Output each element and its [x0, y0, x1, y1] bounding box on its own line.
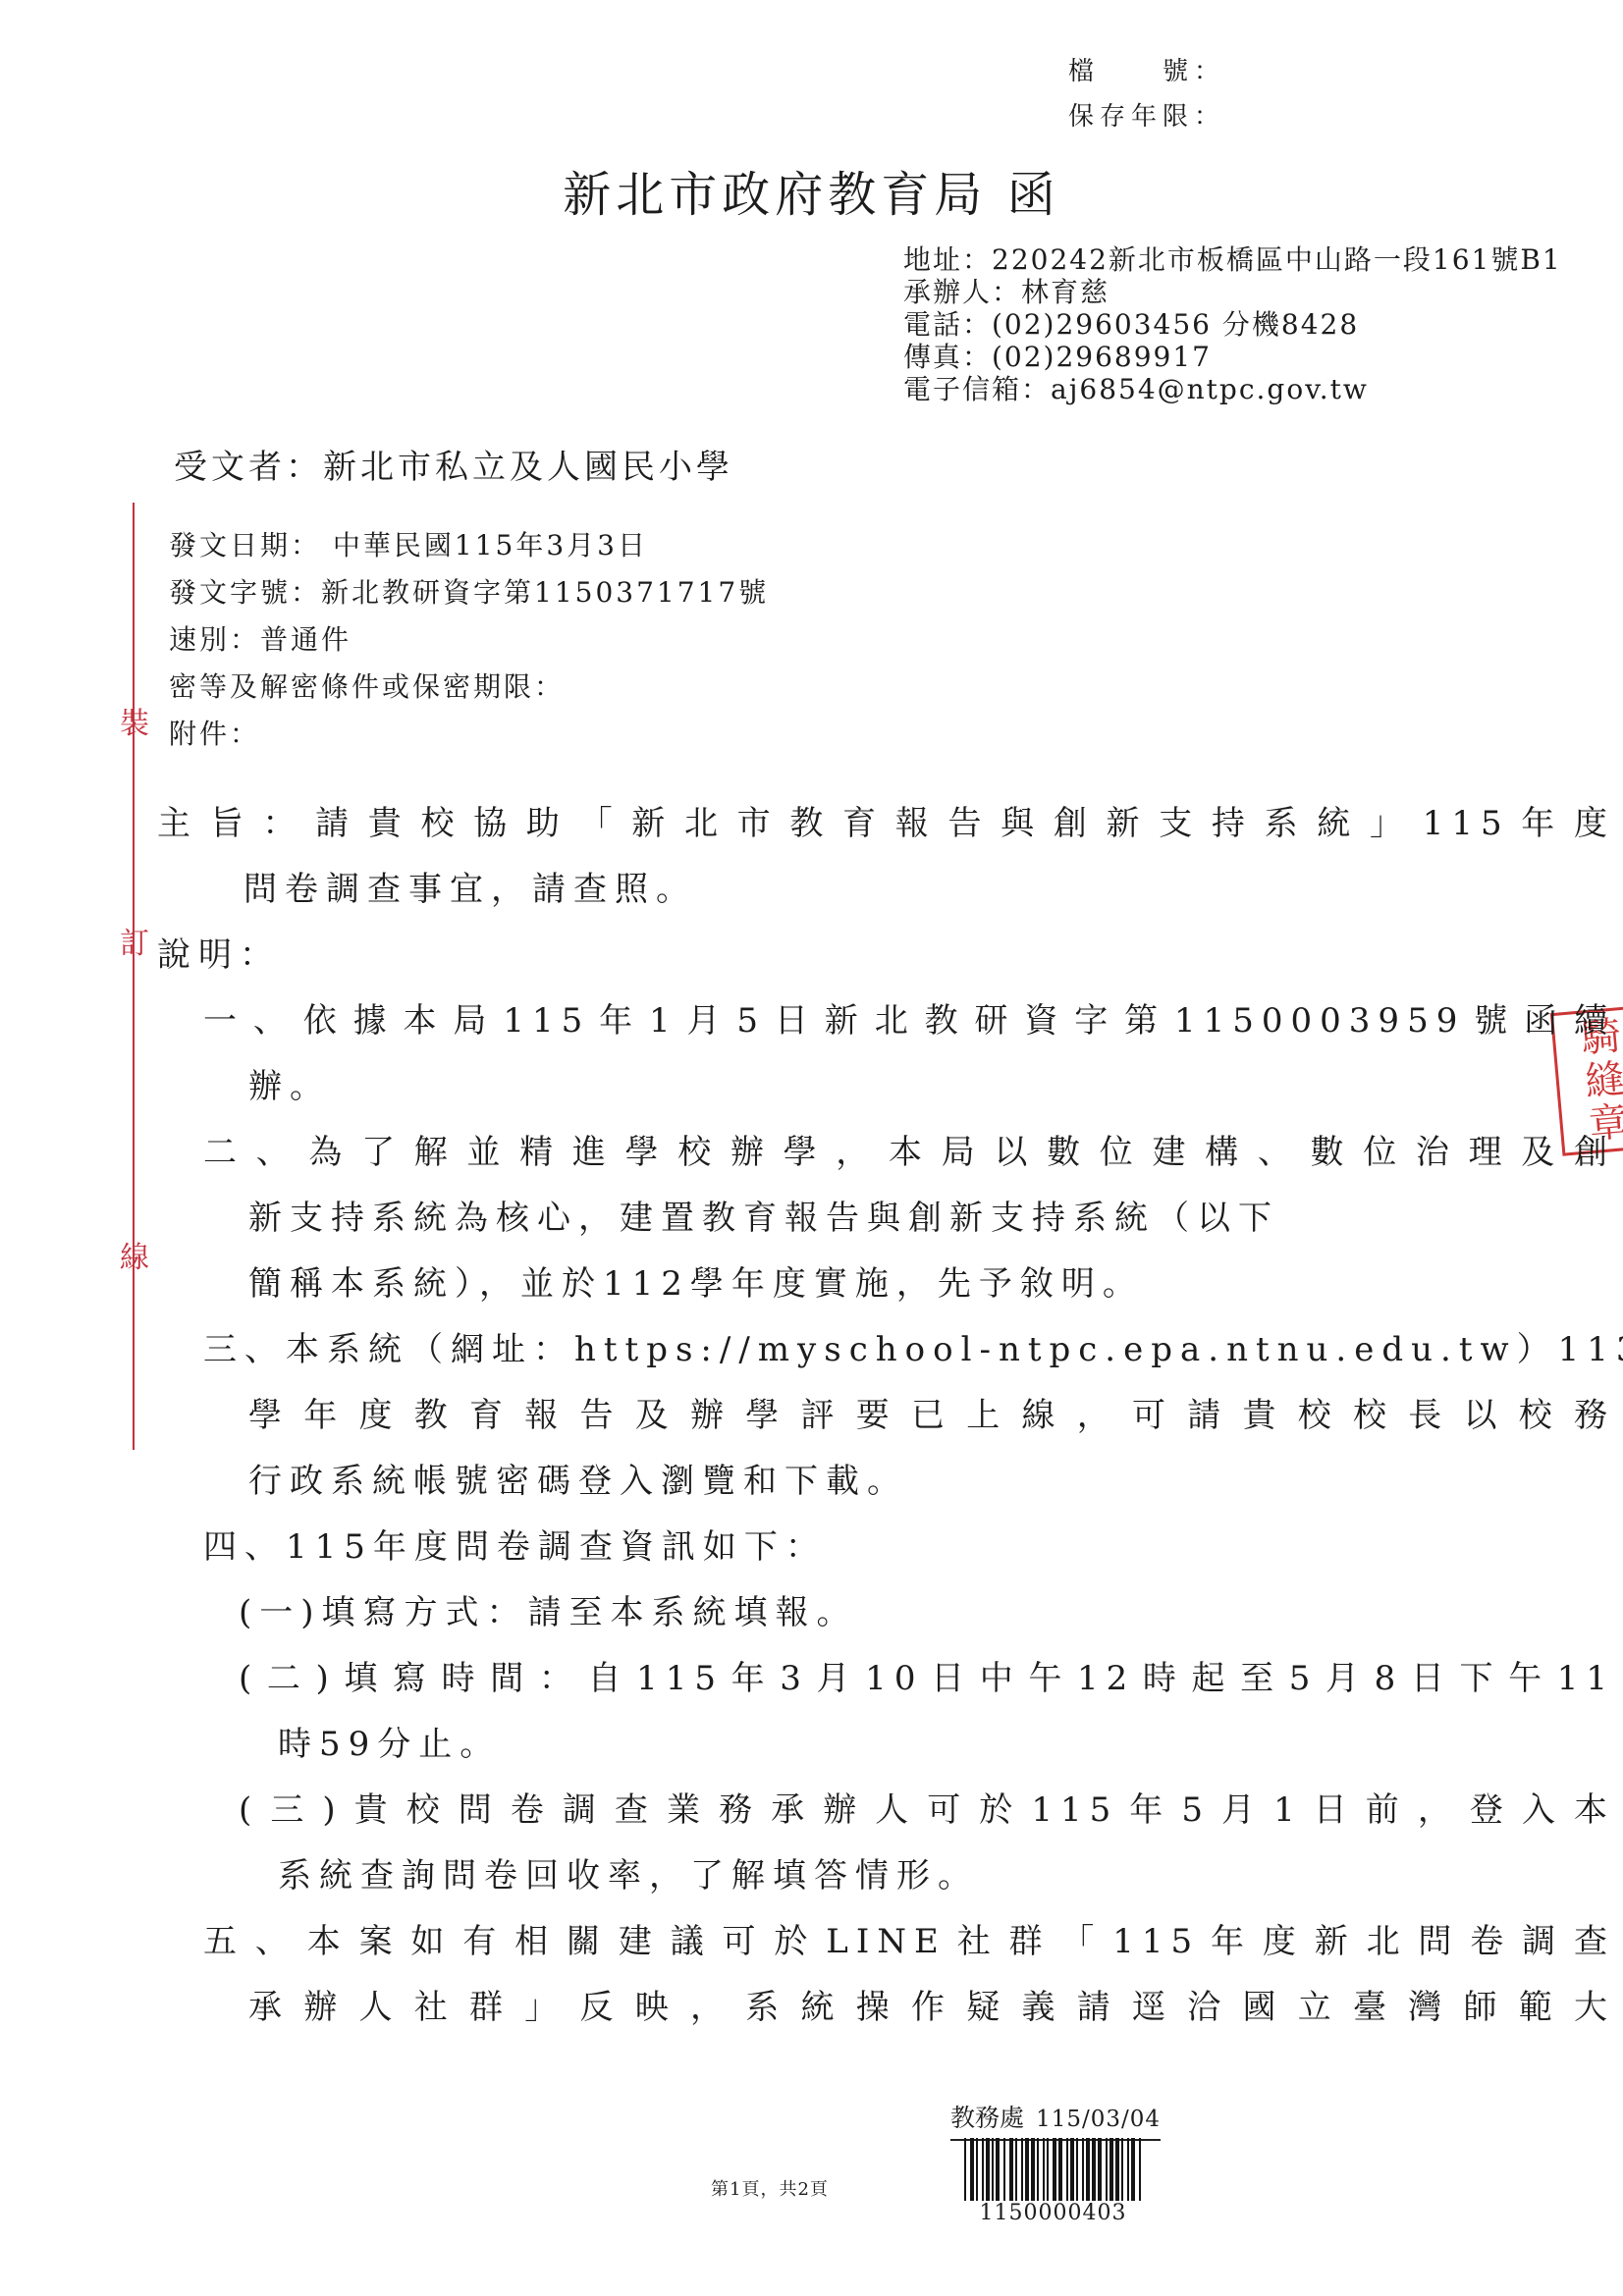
recipient-line: 受文者：新北市私立及人國民小學	[174, 440, 733, 488]
binding-char: 訂	[118, 919, 151, 962]
body-line: 二、為了解並精進學校辦學，本局以數位建構、數位治理及創	[203, 1120, 1615, 1186]
binding-line	[133, 503, 135, 1450]
document-title: 新北市政府教育局 函	[0, 157, 1623, 226]
meta-line: 附件：	[169, 711, 769, 758]
meta-line: 發文日期： 中華民國115年3月3日	[169, 522, 769, 569]
meta-line: 速別：普通件	[169, 616, 769, 664]
department-stamp: 教務處	[950, 2099, 1024, 2134]
contact-line: 電話：(02)29603456 分機8428	[903, 308, 1562, 341]
body-line: 承辦人社群」反映，系統操作疑義請逕洽國立臺灣師範大	[248, 1975, 1615, 2041]
body-line: 辦。	[248, 1054, 1615, 1120]
body-line: 問卷調查事宜，請查照。	[243, 857, 1615, 923]
binding-char: 裝	[118, 699, 151, 742]
contact-line: 電子信箱：aj6854@ntpc.gov.tw	[903, 373, 1562, 405]
contact-line: 承辦人：林育慈	[903, 276, 1562, 308]
body-line: 一、依據本局115年1月5日新北教研資字第1150003959號函續	[203, 988, 1615, 1054]
barcode-space	[1141, 2138, 1142, 2201]
body-line: 新支持系統為核心，建置教育報告與創新支持系統（以下	[248, 1186, 1615, 1252]
body-line: 主旨：請貴校協助「新北市教育報告與創新支持系統」115年度	[157, 791, 1615, 857]
body-line: (二)填寫時間：自115年3月10日中午12時起至5月8日下午11	[239, 1646, 1615, 1712]
page-indicator: 第1頁，共2頁	[711, 2175, 829, 2201]
contact-block: 地址：220242新北市板橋區中山路一段161號B1承辦人：林育慈電話：(02)…	[903, 243, 1562, 405]
binding-char: 線	[118, 1233, 151, 1276]
body-line: 行政系統帳號密碼登入瀏覽和下載。	[248, 1449, 1615, 1515]
body-line: 學年度教育報告及辦學評要已上線，可請貴校校長以校務	[248, 1383, 1615, 1449]
letter-body: 主旨：請貴校協助「新北市教育報告與創新支持系統」115年度問卷調查事宜，請查照。…	[157, 791, 1615, 2041]
document-barcode	[964, 2138, 1142, 2201]
contact-line: 傳真：(02)29689917	[903, 341, 1562, 373]
meta-line: 密等及解密條件或保密期限：	[169, 664, 769, 711]
retention-period-label: 保存年限：	[1068, 94, 1225, 139]
body-line: 三、本系統（網址：https://myschool-ntpc.epa.ntnu.…	[203, 1317, 1615, 1383]
body-line: (三)貴校問卷調查業務承辦人可於115年5月1日前，登入本	[239, 1778, 1615, 1843]
body-line: 系統查詢問卷回收率，了解填答情形。	[278, 1843, 1615, 1909]
body-line: 時59分止。	[278, 1712, 1615, 1778]
barcode-number: 1150000403	[964, 2201, 1142, 2225]
meta-line: 發文字號：新北教研資字第1150371717號	[169, 569, 769, 616]
contact-line: 地址：220242新北市板橋區中山路一段161號B1	[903, 243, 1562, 276]
body-line: (一)填寫方式：請至本系統填報。	[239, 1580, 1615, 1646]
department-stamp-row: 教務處 115/03/04	[950, 2099, 1161, 2141]
body-line: 五、本案如有相關建議可於LINE社群「115年度新北問卷調查	[203, 1909, 1615, 1975]
archive-number-label: 檔 號：	[1068, 49, 1225, 94]
archive-block: 檔 號： 保存年限：	[1068, 49, 1225, 139]
meta-block: 發文日期： 中華民國115年3月3日發文字號：新北教研資字第1150371717…	[169, 522, 769, 758]
document-page: 檔 號： 保存年限： 新北市政府教育局 函 地址：220242新北市板橋區中山路…	[0, 0, 1623, 2296]
body-line: 簡稱本系統），並於112學年度實施，先予敘明。	[248, 1252, 1615, 1317]
body-line: 四、115年度問卷調查資訊如下：	[203, 1515, 1615, 1580]
body-line: 說明：	[157, 923, 1615, 988]
stamp-date: 115/03/04	[1036, 2107, 1161, 2132]
